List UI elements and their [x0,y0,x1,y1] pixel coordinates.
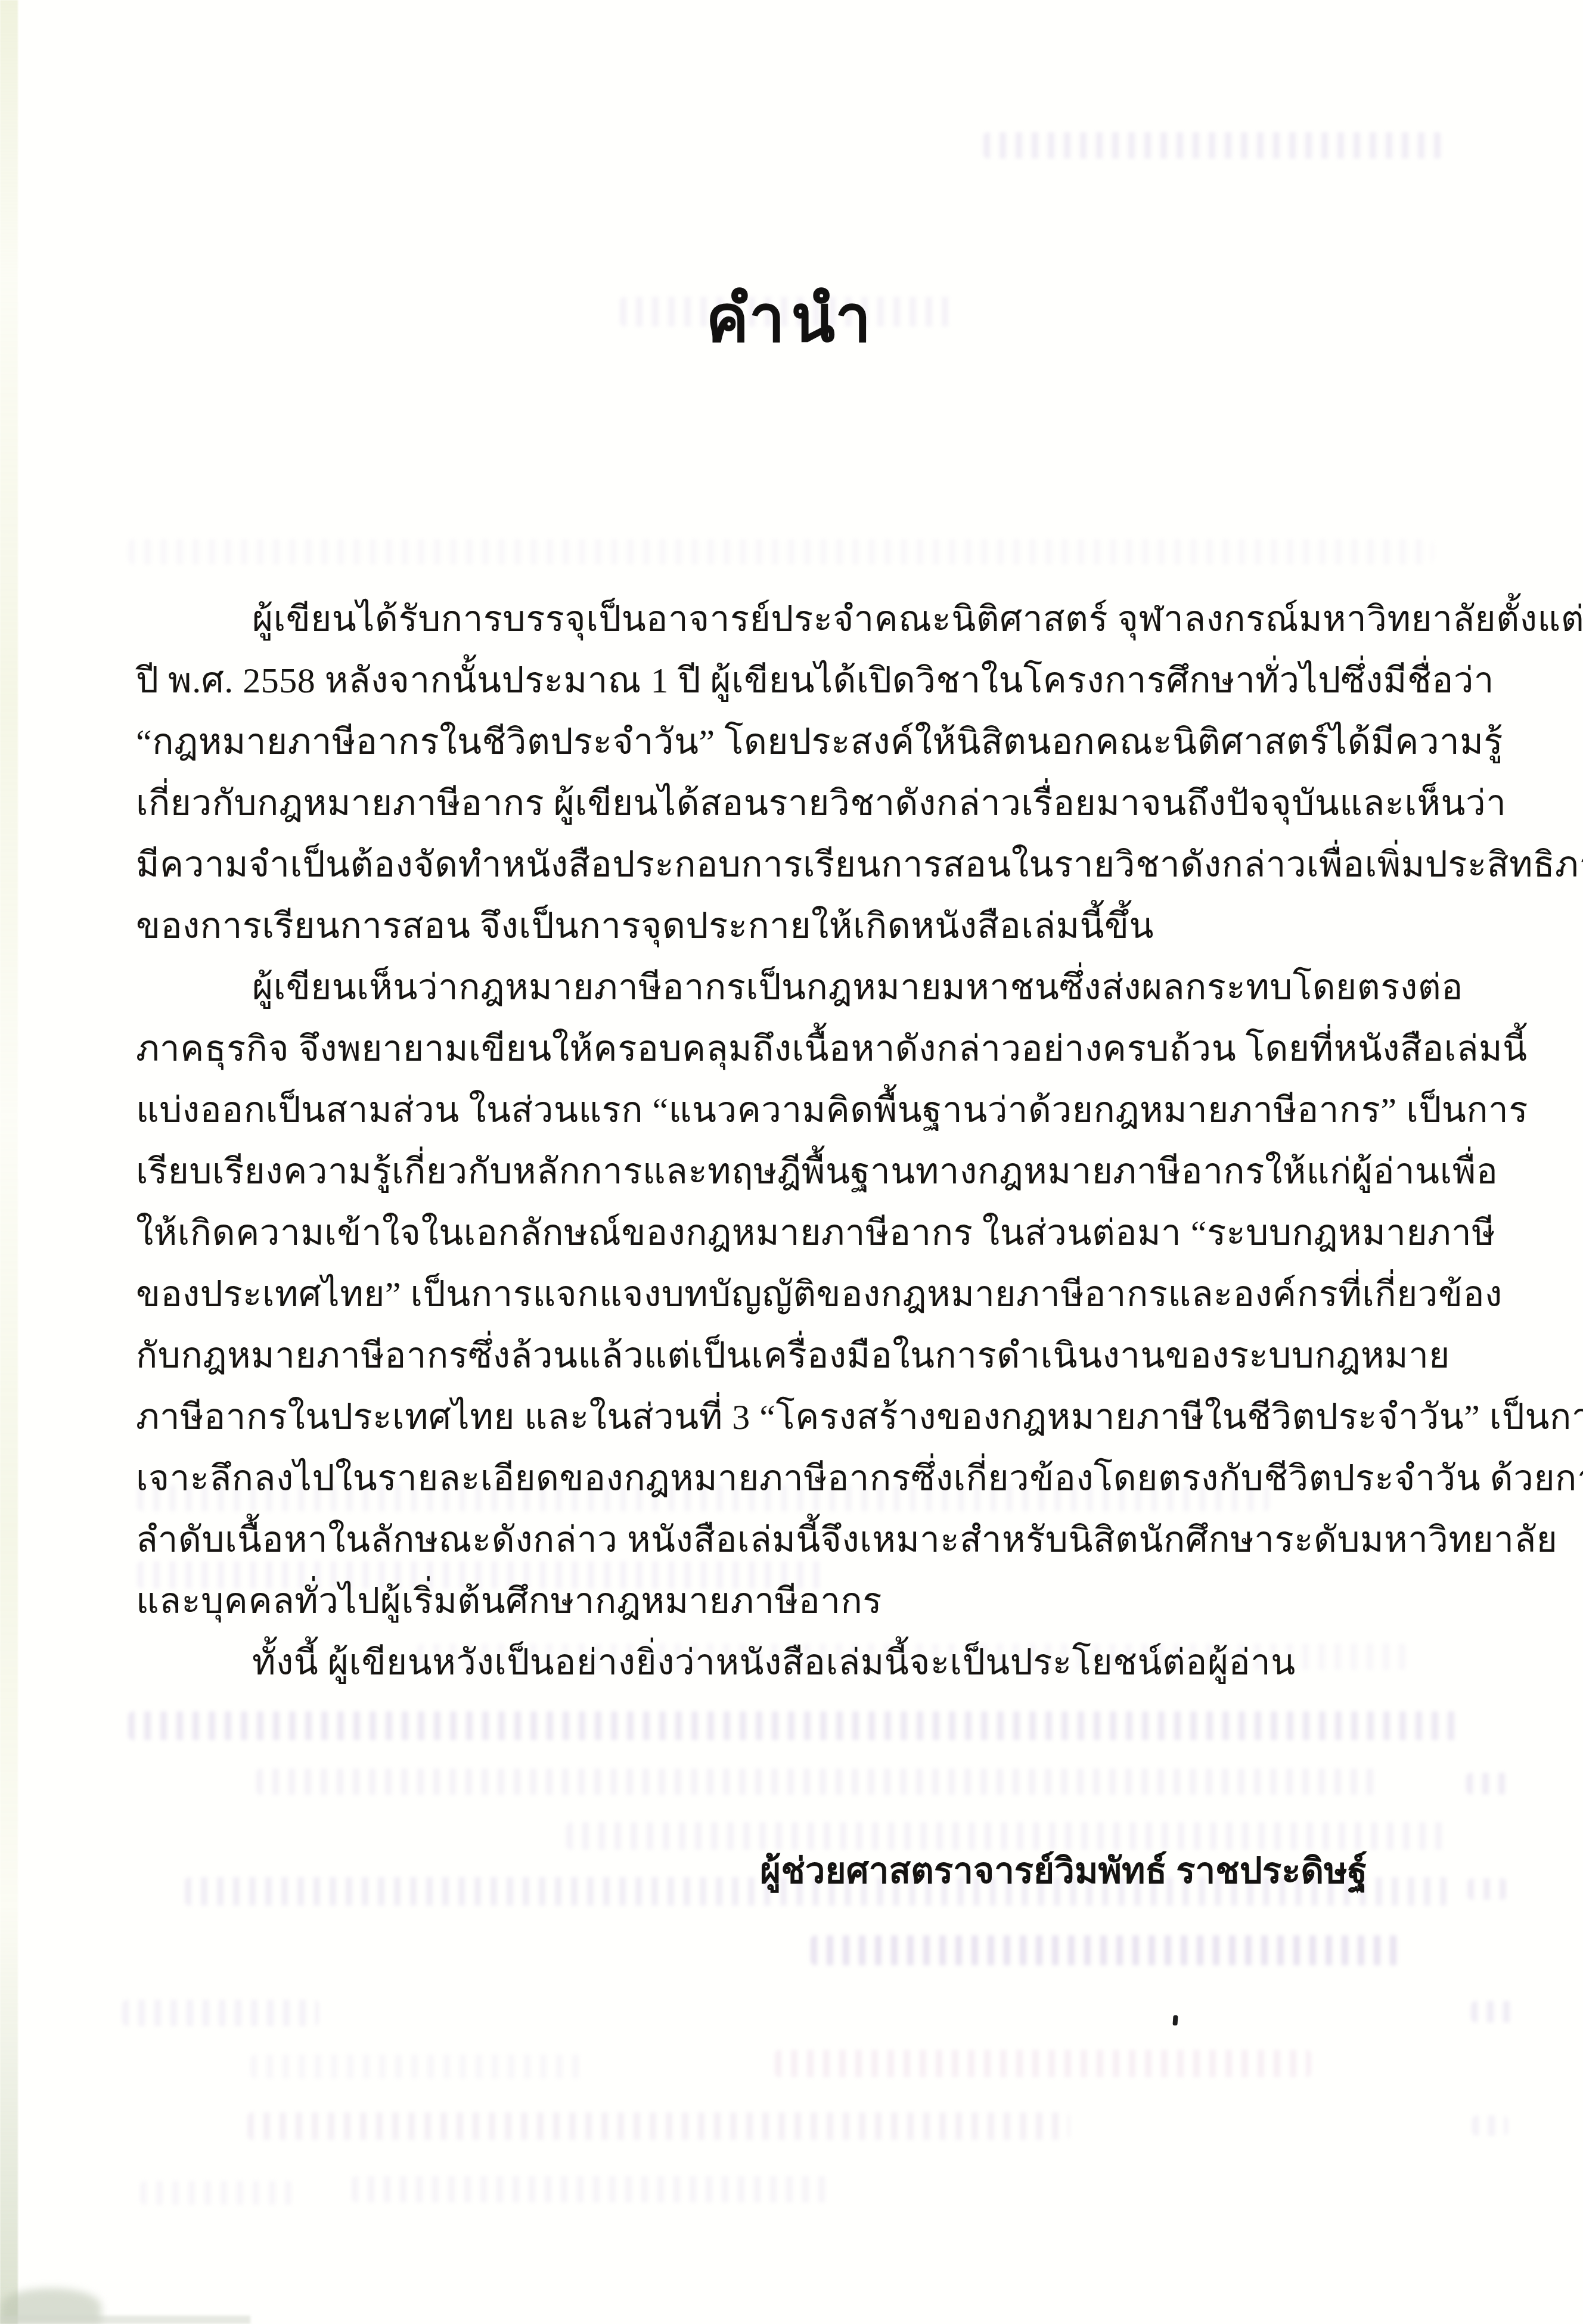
body-line: ผู้เขียนเห็นว่ากฎหมายภาษีอากรเป็นกฎหมายม… [136,957,1449,1018]
body-line: กับกฎหมายภาษีอากรซึ่งล้วนแล้วแต่เป็นเครื… [136,1325,1449,1387]
body-line: ปี พ.ศ. 2558 หลังจากนั้นประมาณ 1 ปี ผู้เ… [136,650,1449,712]
bleedthrough-text [122,2000,319,2026]
body-line: “กฎหมายภาษีอากรในชีวิตประจำวัน” โดยประสง… [136,712,1449,773]
body-line: ลำดับเนื้อหาในลักษณะดังกล่าว หนังสือเล่ม… [136,1509,1449,1571]
body-line: ภาษีอากรในประเทศไทย และในส่วนที่ 3 “โครง… [136,1387,1449,1448]
body-line: ของการเรียนการสอน จึงเป็นการจุดประกายให้… [136,896,1449,957]
bleedthrough-text [128,539,1433,564]
bleedthrough-page-number [1466,1773,1508,1794]
ink-speck [1172,2015,1178,2026]
body-line: ของประเทศไทย” เป็นการแจกแจงบทบัญญัติของก… [136,1264,1449,1325]
body-line: ให้เกิดความเข้าใจในเอกลักษณ์ของกฎหมายภาษ… [136,1203,1449,1264]
preface-body: ผู้เขียนได้รับการบรรจุเป็นอาจารย์ประจำคณ… [136,589,1449,1694]
body-line: แบ่งออกเป็นสามส่วน ในส่วนแรก “แนวความคิด… [136,1080,1449,1141]
bleedthrough-page-number [1467,1878,1507,1900]
bleedthrough-page-number [1472,2115,1508,2136]
body-line: ทั้งนี้ ผู้เขียนหวังเป็นอย่างยิ่งว่าหนัง… [136,1632,1449,1694]
body-line: เกี่ยวกับกฎหมายภาษีอากร ผู้เขียนได้สอนรา… [136,773,1449,834]
bleedthrough-text [247,2112,1070,2140]
body-line: มีความจำเป็นต้องจัดทำหนังสือประกอบการเรี… [136,834,1449,896]
body-line: ผู้เขียนได้รับการบรรจุเป็นอาจารย์ประจำคณ… [136,589,1449,650]
bleedthrough-text [250,2055,584,2078]
bleedthrough-text [256,1769,1377,1795]
body-line: และบุคคลทั่วไปผู้เริ่มต้นศึกษากฎหมายภาษี… [136,1571,1449,1632]
bleedthrough-text [775,2050,1311,2077]
bleedthrough-text [811,1935,1401,1965]
bleedthrough-text [352,2176,828,2202]
author-signature: ผู้ช่วยศาสตราจารย์วิมพัทธ์ ราชประดิษฐ์ [760,1843,1367,1899]
scanned-book-page: คำนำ ผู้เขียนได้รับการบรรจุเป็นอาจารย์ปร… [0,0,1583,2324]
body-line: ภาคธุรกิจ จึงพยายามเขียนให้ครอบคลุมถึงเน… [136,1018,1449,1080]
bleedthrough-text [128,1711,1457,1740]
bleedthrough-text [983,132,1442,159]
bleedthrough-text [140,2181,295,2205]
body-line: เจาะลึกลงไปในรายละเอียดของกฎหมายภาษีอากร… [136,1448,1449,1509]
scan-bottom-shadow [0,2316,250,2324]
page-title: คำนำ [0,267,1583,369]
bleedthrough-page-number [1471,2001,1513,2022]
body-line: เรียบเรียงความรู้เกี่ยวกับหลักการและทฤษฎ… [136,1141,1449,1203]
